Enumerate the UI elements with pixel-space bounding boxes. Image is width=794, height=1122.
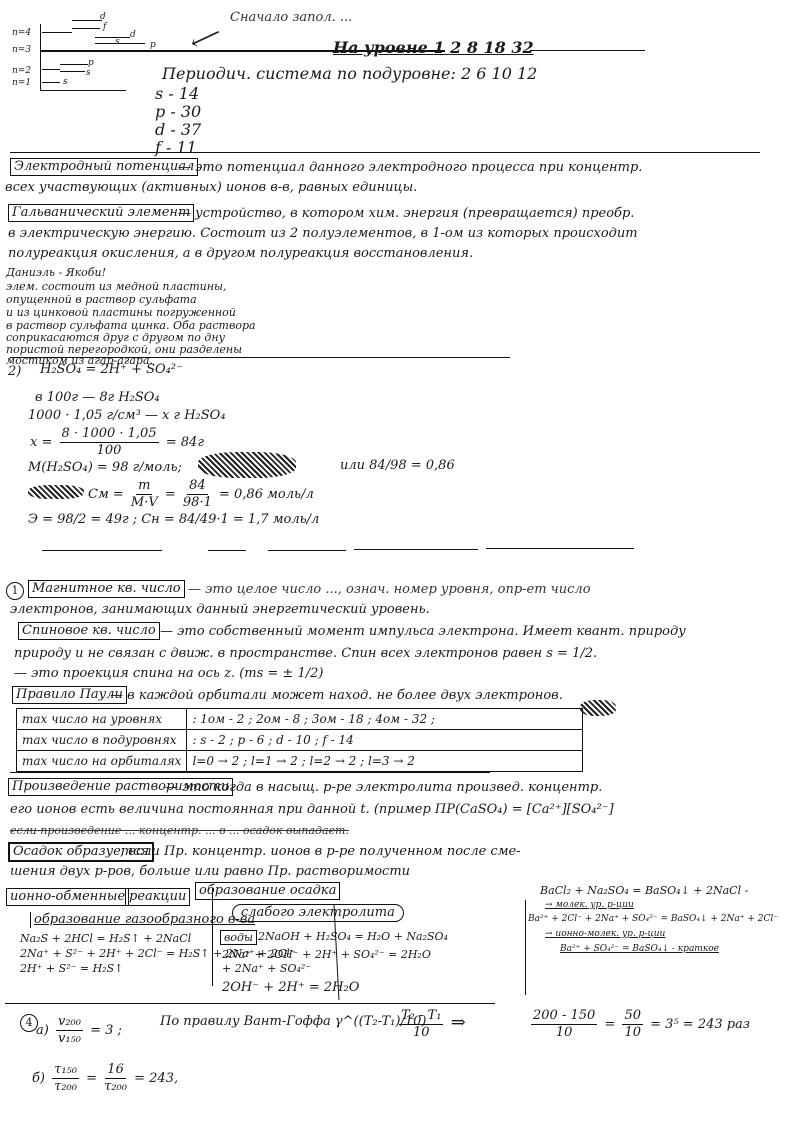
row-label: max число на уровнях xyxy=(17,709,187,730)
level-line xyxy=(42,82,60,83)
level-label-n3: n=3 xyxy=(12,45,31,56)
fraction: 84 98·1 xyxy=(183,478,212,511)
gas-equation: 2H⁺ + S²⁻ = H₂S↑ xyxy=(20,962,123,975)
fraction: m M·V xyxy=(131,478,158,511)
sublevel-label: s xyxy=(86,68,91,79)
jacobi-line: элем. состоит из медной пластины, xyxy=(6,280,226,293)
definition-text: его ионов есть величина постоянная при д… xyxy=(10,802,614,818)
precipitate-equation: Ba²⁺ + SO₄²⁻ = BaSO₄↓ - краткое xyxy=(560,944,719,955)
time-ratio: б) τ₁₅₀ τ₂₀₀ = 16 τ₂₀₀ = 243, xyxy=(32,1062,178,1095)
levels-line: На уровне 1 2 8 18 32 xyxy=(333,38,534,57)
fraction: 16 τ₂₀₀ xyxy=(104,1062,127,1095)
level-label-n1: n=1 xyxy=(12,78,31,89)
level-label-n4: n=4 xyxy=(12,28,31,39)
weak-equation: 2NaOH + H₂SO₄ = H₂O + Na₂SO₄ xyxy=(258,930,448,943)
side-note: или 84/98 = 0,86 xyxy=(340,458,455,474)
fraction: T₂ - T₁ 10 xyxy=(399,1008,443,1041)
level-line xyxy=(42,69,60,70)
denominator: M·V xyxy=(131,495,158,511)
definition-text: — это когда в насыщ. р-ре электролита пр… xyxy=(165,780,602,796)
denominator: 10 xyxy=(413,1025,430,1041)
implies-arrow-icon: ⇒ xyxy=(451,1012,466,1033)
precipitate-formation-title: образование осадка xyxy=(195,882,340,900)
sublevel-line xyxy=(72,20,102,21)
precipitate-equation: Ba²⁺ + 2Cl⁻ + 2Na⁺ + SO₄²⁻ = BaSO₄↓ + 2N… xyxy=(528,914,778,925)
gas-formation-title: образование газообразного в-ва xyxy=(30,912,255,928)
cm-result: = 0,86 моль/л xyxy=(219,487,314,502)
level-label-n2: n=2 xyxy=(12,66,31,77)
proportion-line: 1000 · 1,05 г/см³ — x г H₂SO₄ xyxy=(28,408,226,424)
water-label: воды xyxy=(220,930,257,945)
table-row: max число в подуровнях : s - 2 ; p - 6 ;… xyxy=(17,730,583,751)
gas-equation: Na₂S + 2HCl = H₂S↑ + 2NaCl xyxy=(20,932,191,945)
dissociation-equation: H₂SO₄ = 2H⁺ + SO₄²⁻ xyxy=(40,362,183,378)
ratio-value: = 3 ; xyxy=(90,1023,122,1038)
denominator: v₁₅₀ xyxy=(58,1031,81,1047)
item-number: 1 xyxy=(6,582,24,600)
row-value: l=0 → 2 ; l=1 → 2 ; l=2 → 2 ; l=3 → 2 xyxy=(187,751,583,772)
term-electrode-potential: Электродный потенциал xyxy=(10,158,198,176)
denominator: 10 xyxy=(556,1025,573,1041)
sublevel-line xyxy=(95,43,145,44)
rate-calculation: 200 - 150 10 = 50 10 = 3⁵ = 243 раз xyxy=(528,1008,750,1041)
numerator: 50 xyxy=(622,1008,643,1025)
vant-hoff-rule: По правилу Вант-Гоффа γ^((T₂-T₁)/10) xyxy=(160,1014,426,1030)
scribbled-out-text xyxy=(198,452,296,478)
numerator: T₂ - T₁ xyxy=(399,1008,443,1025)
equivalent-calculation: Э = 98/2 = 49г ; Cн = 84/49·1 = 1,7 моль… xyxy=(28,512,319,528)
x-calculation: x = 8 · 1000 · 1,05 100 = 84г xyxy=(30,426,204,459)
sub-label: а) xyxy=(36,1023,49,1038)
top-note: Сначало запол. ... xyxy=(230,10,352,26)
numerator: m xyxy=(136,478,152,495)
section-divider xyxy=(5,1003,495,1004)
bracket-line xyxy=(525,900,526,995)
diagram-axis xyxy=(40,24,41,90)
weak-electrolyte-title: слабого электролита xyxy=(232,904,404,922)
table-row: max число на уровнях : 1ом - 2 ; 2ом - 8… xyxy=(17,709,583,730)
numerator: 200 - 150 xyxy=(531,1008,597,1025)
definition-text: шения двух р-ров, больше или равно Пр. р… xyxy=(10,864,410,880)
table-row: max число на орбиталях l=0 → 2 ; l=1 → 2… xyxy=(17,751,583,772)
definition-text: полуреакция окисления, а в другом полуре… xyxy=(8,246,473,262)
sub-label: б) xyxy=(32,1071,45,1086)
definition-text: , если Пр. концентр. ионов в р-ре получе… xyxy=(120,844,521,860)
fraction: 200 - 150 10 xyxy=(531,1008,597,1041)
periodic-count-p: p - 30 xyxy=(155,102,201,121)
precipitate-note: → ионно-молек. ур. р-ции xyxy=(545,929,665,940)
term-spin-number: Спиновое кв. число xyxy=(18,622,160,640)
term-magnetic-number: Магнитное кв. число xyxy=(28,580,185,598)
weak-equation: 2OH⁻ + 2H⁺ = 2H₂O xyxy=(222,980,359,996)
pauli-table: max число на уровнях : 1ом - 2 ; 2ом - 8… xyxy=(16,708,583,772)
sublevel-line xyxy=(72,28,100,29)
section-divider xyxy=(10,772,490,773)
periodic-count-f: f - 11 xyxy=(155,138,197,157)
fraction: τ₁₅₀ τ₂₀₀ xyxy=(52,1062,79,1095)
fraction: 8 · 1000 · 1,05 100 xyxy=(60,426,159,459)
rate-ratio: а) v₂₀₀ v₁₅₀ = 3 ; xyxy=(36,1014,122,1047)
sublevel-label: d xyxy=(130,30,136,41)
jacobi-line: и из цинковой пластины погруженной xyxy=(6,306,236,319)
denominator: 100 xyxy=(97,443,122,459)
denominator: τ₂₀₀ xyxy=(54,1079,77,1095)
problem-number: 2) xyxy=(8,364,21,380)
numerator: τ₁₅₀ xyxy=(52,1062,79,1079)
definition-text: — это целое число ..., означ. номер уров… xyxy=(188,582,591,598)
precipitate-equation: BaCl₂ + Na₂SO₄ = BaSO₄↓ + 2NaCl - xyxy=(540,884,748,897)
cm-label: Cм = xyxy=(88,487,124,502)
precipitate-note: → молек. ур. р-ции xyxy=(545,900,634,911)
weak-equation: 2Na⁺ + 2OH⁻ + 2H⁺ + SO₄²⁻ = 2H₂O xyxy=(222,948,431,961)
label-reactions: реакции xyxy=(125,888,190,906)
numerator: 8 · 1000 · 1,05 xyxy=(60,426,159,443)
term-galvanic-cell: Гальванический элемент xyxy=(8,204,194,222)
definition-text: всех участвующих (активных) ионов в-в, р… xyxy=(5,180,417,196)
definition-text: — это собственный момент импульса электр… xyxy=(160,624,686,640)
denominator: τ₂₀₀ xyxy=(104,1079,127,1095)
definition-text: — в каждой орбитали может наход. не боле… xyxy=(110,688,563,704)
level-line xyxy=(40,90,126,91)
calc-result: = 3⁵ = 243 раз xyxy=(650,1017,750,1032)
sublevels-line: Периодич. система по подуровне: 2 6 10 1… xyxy=(162,64,537,83)
sublevel-line xyxy=(60,71,85,72)
x-label: x = xyxy=(30,435,52,450)
row-value: : 1ом - 2 ; 2ом - 8 ; 3ом - 18 ; 4ом - 3… xyxy=(187,709,583,730)
scribbled-out-text xyxy=(28,485,84,499)
row-label: max число в подуровнях xyxy=(17,730,187,751)
proportion-line: в 100г — 8г H₂SO₄ xyxy=(35,390,160,406)
definition-text: в электрическую энергию. Состоит из 2 по… xyxy=(8,226,638,242)
weak-equation: + 2Na⁺ + SO₄²⁻ xyxy=(222,962,311,975)
jacobi-line: опущенной в раствор сульфата xyxy=(6,293,197,306)
molarity-calculation: Cм = m M·V = 84 98·1 = 0,86 моль/л xyxy=(88,478,314,511)
row-value: : s - 2 ; p - 6 ; d - 10 ; f - 14 xyxy=(187,730,583,751)
definition-text: природу и не связан с движ. в пространст… xyxy=(14,646,597,662)
definition-text: — это проекция спина на ось z. (ms = ± 1… xyxy=(14,666,323,682)
sublevel-line xyxy=(60,64,88,65)
fraction: v₂₀₀ v₁₅₀ xyxy=(56,1014,83,1047)
jacobi-title: Даниэль - Якоби! xyxy=(6,266,106,279)
label-ion-exchange: ионно-обменные xyxy=(6,888,129,906)
periodic-count-s: s - 14 xyxy=(155,84,199,103)
sublevel-label: f xyxy=(103,22,106,33)
section-divider xyxy=(10,357,510,358)
row-label: max число на орбиталях xyxy=(17,751,187,772)
denominator: 98·1 xyxy=(183,495,212,511)
periodic-count-d: d - 37 xyxy=(155,120,201,139)
scribbled-out-text xyxy=(580,700,616,716)
definition-text: — устройство, в котором хим. энергия (пр… xyxy=(178,206,634,222)
numerator: 16 xyxy=(105,1062,126,1079)
x-result: = 84г xyxy=(166,435,204,450)
time-result: = 243, xyxy=(134,1071,178,1086)
section-divider xyxy=(10,152,760,153)
bracket-line xyxy=(212,888,213,986)
sublevel-line xyxy=(95,37,130,38)
numerator: v₂₀₀ xyxy=(56,1014,83,1031)
fraction: 50 10 xyxy=(622,1008,643,1041)
sublevel-label: s xyxy=(63,77,68,88)
rule-exponent: T₂ - T₁ 10 ⇒ xyxy=(396,1008,466,1041)
sublevel-label: s xyxy=(115,37,120,48)
level-line xyxy=(42,32,72,33)
definition-text: электронов, занимающих данный энергетиче… xyxy=(10,602,430,618)
denominator: 10 xyxy=(624,1025,641,1041)
struck-through-text: если произведение ... концентр. ... в ..… xyxy=(10,824,349,837)
divider-line xyxy=(530,50,645,51)
molar-mass: M(H₂SO₄) = 98 г/моль; xyxy=(28,460,182,476)
definition-text: — это потенциал данного электродного про… xyxy=(178,160,642,176)
numerator: 84 xyxy=(187,478,208,495)
